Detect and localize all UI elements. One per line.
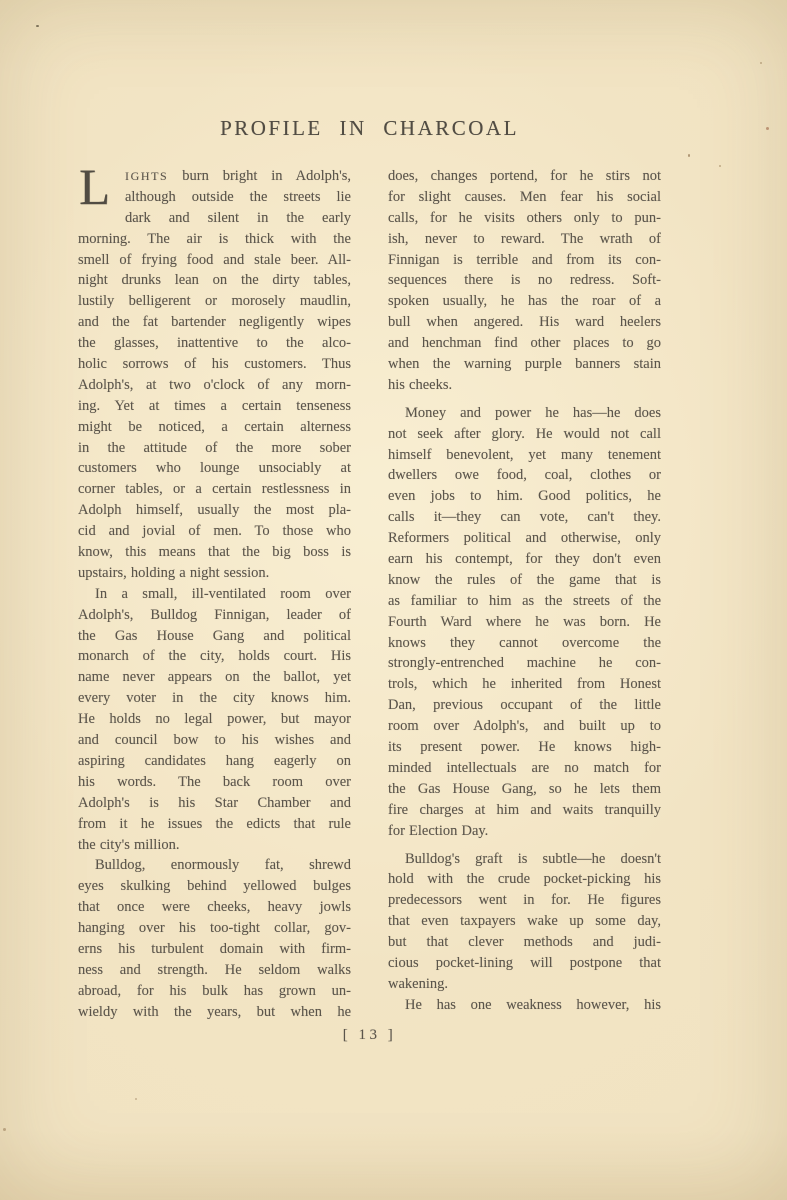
paragraph: Money and power he has—he doesnot seek a… [388,403,661,842]
text-line: wakening. [388,974,661,995]
column-right: does, changes portend, for he stirs notf… [388,166,661,1023]
text-line: morning. The air is thick with the [78,229,351,250]
text-line: calls, for he visits others only to pun- [388,208,661,229]
text-line: as familiar to him as the streets of the [388,591,661,612]
text-line: himself benevolent, yet many tenement [388,445,661,466]
text-line: wieldy with the years, but when he [78,1002,351,1023]
text-line: erns his turbulent domain with firm- [78,939,351,960]
dust-speck [688,154,690,157]
text-line: when the warning purple banners stain [388,354,661,375]
text-line: minded intellectuals are no match for [388,758,661,779]
text-line: for slight causes. Men fear his social [388,187,661,208]
text-line: and council bow to his wishes and [78,730,351,751]
paragraph: Bulldog, enormously fat, shrewdeyes skul… [78,855,351,1022]
text-line: even jobs to him. Good politics, he [388,486,661,507]
text-line: abroad, for his bulk has grown un- [78,981,351,1002]
text-line: fire charges at him and waits tranquilly [388,800,661,821]
text-line: He has one weakness however, his [388,995,661,1016]
text-line: IGHTS burn bright in Adolph's, [78,166,351,187]
page-title: PROFILE IN CHARCOAL [78,116,661,141]
text-line: Reformers political and otherwise, only [388,528,661,549]
text-line: night drunks lean on the dirty tables, [78,270,351,291]
text-line: that once were cheeks, heavy jowls [78,897,351,918]
text-line: ing. Yet at times a certain tenseness [78,396,351,417]
text-line: He holds no legal power, but mayor [78,709,351,730]
text-line: and the fat bartender negligently wipes [78,312,351,333]
text-line: Bulldog, enormously fat, shrewd [78,855,351,876]
text-line: hanging over his too-tight collar, gov- [78,918,351,939]
text-line: cid and jovial of men. To those who [78,521,351,542]
text-line: trols, which he inherited from Honest [388,674,661,695]
text-line: sequences there is no redress. Soft- [388,270,661,291]
text-line: hold with the crude pocket-picking his [388,869,661,890]
dust-speck [3,1128,6,1131]
text-line: the Gas House Gang, so he lets them [388,779,661,800]
text-line: the city's million. [78,835,351,856]
text-line: although outside the streets lie [78,187,351,208]
book-page: PROFILE IN CHARCOAL LIGHTS burn bright i… [0,0,787,1200]
text-line: every voter in the city knows him. [78,688,351,709]
text-line: his words. The back room over [78,772,351,793]
paragraph: In a small, ill-ventilated room overAdol… [78,584,351,856]
text-line: aspiring candidates hang eagerly on [78,751,351,772]
text-columns: LIGHTS burn bright in Adolph's,although … [78,166,661,1023]
text-line: corner tables, or a certain restlessness… [78,479,351,500]
text-line: might be noticed, a certain alterness [78,417,351,438]
text-line: cious pocket-lining will postpone that [388,953,661,974]
text-line: name never appears on the ballot, yet [78,667,351,688]
text-line: customers who lounge unsociably at [78,458,351,479]
text-line: the glasses, inattentive to the alco- [78,333,351,354]
text-line: upstairs, holding a night session. [78,563,351,584]
dust-speck [760,62,762,64]
text-line: calls it—they can vote, can't they. [388,507,661,528]
dust-speck [766,127,769,130]
text-line: Dan, previous occupant of the little [388,695,661,716]
text-line: Bulldog's graft is subtle—he doesn't [388,849,661,870]
paragraph: He has one weakness however, his [388,995,661,1016]
text-line: lustily belligerent or morosely maudlin, [78,291,351,312]
column-left: LIGHTS burn bright in Adolph's,although … [78,166,351,1023]
paragraph: does, changes portend, for he stirs notf… [388,166,661,396]
text-line: its present power. He knows high- [388,737,661,758]
paragraph: Bulldog's graft is subtle—he doesn'thold… [388,849,661,995]
text-line: Adolph's is his Star Chamber and [78,793,351,814]
text-line: monarch of the city, holds court. His [78,646,351,667]
text-line: not seek after glory. He would not call [388,424,661,445]
text-line: strongly-entrenched machine he con- [388,653,661,674]
text-line: the Gas House Gang and political [78,626,351,647]
text-line: predecessors went in for. He figures [388,890,661,911]
text-line: In a small, ill-ventilated room over [78,584,351,605]
text-line: that even taxpayers wake up some day, [388,911,661,932]
text-line: his cheeks. [388,375,661,396]
dust-speck [135,1098,137,1100]
small-caps-word: IGHTS [125,169,168,183]
text-line: ness and strength. He seldom walks [78,960,351,981]
text-line: for Election Day. [388,821,661,842]
dust-speck [36,25,39,27]
text-line: in the attitude of the more sober [78,438,351,459]
text-line: Adolph's, Bulldog Finnigan, leader of [78,605,351,626]
text-line: holic sorrows of his customers. Thus [78,354,351,375]
text-line: knows they cannot overcome the [388,633,661,654]
dust-speck [719,165,721,167]
paragraph: LIGHTS burn bright in Adolph's,although … [78,166,351,584]
text-line: eyes skulking behind yellowed bulges [78,876,351,897]
text-line: know the rules of the game that is [388,570,661,591]
text-line: room over Adolph's, and built up to [388,716,661,737]
page-number: [ 13 ] [78,1027,661,1044]
text-line: Adolph himself, usually the most pla- [78,500,351,521]
text-line: Adolph's, at two o'clock of any morn- [78,375,351,396]
text-line: Finnigan is terrible and from its con- [388,250,661,271]
text-line: Money and power he has—he does [388,403,661,424]
text-line: Fourth Ward where he was born. He [388,612,661,633]
text-line: does, changes portend, for he stirs not [388,166,661,187]
text-line: dwellers owe food, coal, clothes or [388,465,661,486]
text-line: from it he issues the edicts that rule [78,814,351,835]
drop-cap-letter: L [79,163,110,214]
text-line: earn his contempt, for they don't even [388,549,661,570]
text-line: and henchman find other places to go [388,333,661,354]
text-line: but that clever methods and judi- [388,932,661,953]
text-line: know, this means that the big boss is [78,542,351,563]
text-line: smell of frying food and stale beer. All… [78,250,351,271]
text-line: spoken usually, he has the roar of a [388,291,661,312]
text-line: dark and silent in the early [78,208,351,229]
text-line: ish, never to reward. The wrath of [388,229,661,250]
text-line: bull when angered. His ward heelers [388,312,661,333]
